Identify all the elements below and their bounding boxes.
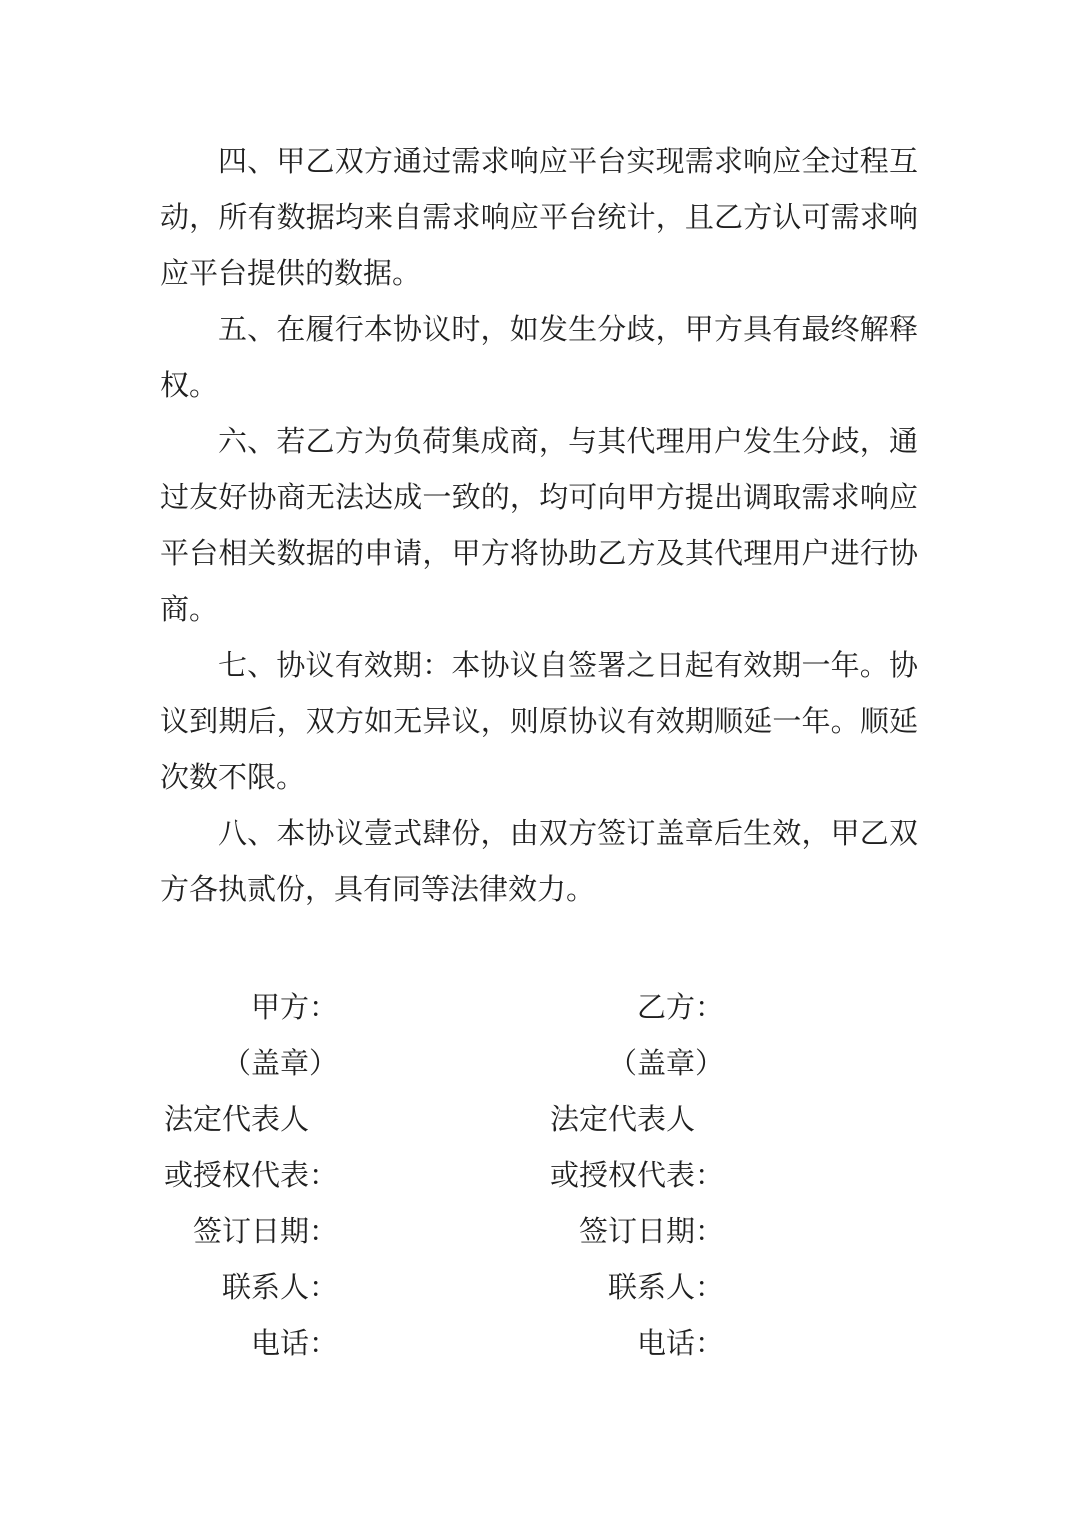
party-a-legal-rep-label: 法定代表人 — [0, 1092, 338, 1148]
signature-row-sign-date: 签订日期： 签订日期： — [0, 1204, 1080, 1260]
party-b-phone-label: 电话： — [338, 1316, 724, 1372]
signature-row-legal-rep: 法定代表人 法定代表人 — [0, 1092, 1080, 1148]
clause-5: 五、在履行本协议时，如发生分歧，甲方具有最终解释权。 — [160, 302, 918, 414]
party-b-contact-label: 联系人： — [338, 1260, 724, 1316]
party-a-authorized-rep-label: 或授权代表： — [0, 1148, 338, 1204]
party-a-label: 甲方： — [0, 980, 338, 1036]
clause-6: 六、若乙方为负荷集成商，与其代理用户发生分歧，通过友好协商无法达成一致的，均可向… — [160, 414, 918, 638]
clause-7: 七、协议有效期：本协议自签署之日起有效期一年。协议到期后，双方如无异议，则原协议… — [160, 638, 918, 806]
clause-8: 八、本协议壹式肆份，由双方签订盖章后生效，甲乙双方各执贰份，具有同等法律效力。 — [160, 806, 918, 918]
party-a-seal-label: （盖章） — [0, 1036, 338, 1092]
party-a-sign-date-label: 签订日期： — [0, 1204, 338, 1260]
contract-clauses: 四、甲乙双方通过需求响应平台实现需求响应全过程互动，所有数据均来自需求响应平台统… — [160, 134, 918, 918]
contract-page: 四、甲乙双方通过需求响应平台实现需求响应全过程互动，所有数据均来自需求响应平台统… — [0, 0, 1080, 1527]
clause-4: 四、甲乙双方通过需求响应平台实现需求响应全过程互动，所有数据均来自需求响应平台统… — [160, 134, 918, 302]
party-b-seal-label: （盖章） — [338, 1036, 724, 1092]
signature-row-party: 甲方： 乙方： — [0, 980, 1080, 1036]
signature-block: 甲方： 乙方： （盖章） （盖章） 法定代表人 法定代表人 或授权代表： 或授权… — [0, 980, 1080, 1372]
party-a-phone-label: 电话： — [0, 1316, 338, 1372]
signature-row-authorized-rep: 或授权代表： 或授权代表： — [0, 1148, 1080, 1204]
signature-row-seal: （盖章） （盖章） — [0, 1036, 1080, 1092]
party-b-legal-rep-label: 法定代表人 — [338, 1092, 724, 1148]
party-b-label: 乙方： — [338, 980, 724, 1036]
signature-row-contact: 联系人： 联系人： — [0, 1260, 1080, 1316]
party-a-contact-label: 联系人： — [0, 1260, 338, 1316]
party-b-sign-date-label: 签订日期： — [338, 1204, 724, 1260]
signature-row-phone: 电话： 电话： — [0, 1316, 1080, 1372]
party-b-authorized-rep-label: 或授权代表： — [338, 1148, 724, 1204]
